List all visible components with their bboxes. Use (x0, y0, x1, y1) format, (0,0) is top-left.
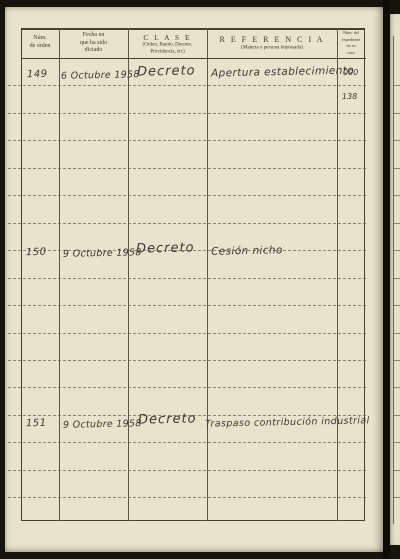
header-text: expediente (341, 38, 361, 43)
register-table-border (21, 28, 365, 521)
adjacent-page-rule-stub (394, 442, 400, 443)
header-subtitle: (Materia o persona interesada) (212, 45, 332, 51)
header-subtitle: Providencia, etc) (131, 49, 204, 55)
adjacent-page-rule-stub (394, 415, 400, 416)
header-text: Fecha en (59, 32, 128, 40)
adjacent-page-rule-stub (394, 470, 400, 471)
entry-date: 9 Octubre 1958 (63, 418, 142, 431)
row-rule-line (8, 305, 366, 306)
header-text: Núm. (21, 35, 59, 43)
entry-number: 149 (27, 69, 48, 80)
adjacent-page-rule-stub (394, 250, 400, 251)
row-rule-line (8, 140, 366, 141)
adjacent-page-rule-stub (394, 223, 400, 224)
adjacent-page-rule-stub (394, 168, 400, 169)
column-header-referencia: R E F E R E N C I A (Materia o persona i… (207, 35, 337, 52)
adjacent-page-rule-stub (394, 333, 400, 334)
adjacent-page-rule-stub (394, 195, 400, 196)
row-rule-line (8, 168, 366, 169)
header-text: dictado (59, 47, 128, 55)
header-text: de orden (21, 43, 59, 51)
header-subtitle: (Orden, Bando, Decreto, (131, 42, 204, 48)
adjacent-page-rule-stub (394, 305, 400, 306)
entry-expediente-2: 138 (342, 92, 357, 101)
header-text: caso (341, 51, 361, 56)
entry-class: Decreto (138, 411, 197, 427)
row-rule-line (8, 195, 366, 196)
entry-date: 6 Octubre 1958 (61, 69, 140, 82)
row-rule-line (8, 360, 366, 361)
adjacent-page-rule-stub (394, 387, 400, 388)
row-rule-line (8, 333, 366, 334)
column-header-clase: C L A S E (Orden, Bando, Decreto, Provid… (128, 33, 207, 56)
scanned-ledger-page: Núm. de orden Fecha en que ha sido dicta… (0, 0, 400, 559)
adjacent-page-rule-stub (394, 278, 400, 279)
row-rule-line (8, 278, 366, 279)
row-rule-line (8, 85, 366, 86)
adjacent-page-rule-stub (394, 113, 400, 114)
adjacent-page-rule-stub (394, 85, 400, 86)
header-title: C L A S E (128, 33, 207, 42)
header-text: en su (341, 44, 361, 49)
row-rule-line (8, 470, 366, 471)
adjacent-page-rule-stub (394, 360, 400, 361)
column-divider-4 (337, 28, 338, 521)
row-rule-line (8, 442, 366, 443)
entry-reference: Cesión nicho (211, 244, 283, 258)
column-header-expediente: Núm. del expediente en su caso (337, 31, 365, 57)
row-rule-line (8, 113, 366, 114)
entry-number: 151 (26, 418, 47, 429)
entry-expediente: 000 (343, 68, 358, 77)
entry-class: Decreto (136, 240, 195, 256)
row-rule-line (8, 497, 366, 498)
row-rule-line (8, 387, 366, 388)
header-title: R E F E R E N C I A (207, 35, 337, 45)
entry-class: Decreto (137, 63, 196, 79)
column-divider-3 (207, 28, 208, 521)
adjacent-page-edge (390, 14, 400, 545)
adjacent-page-rule-stub (394, 497, 400, 498)
adjacent-page-border-line (393, 36, 394, 524)
entry-date: 9 Octubre 1958 (63, 247, 142, 260)
header-text: que ha sido (59, 40, 128, 48)
header-text: Núm. del (341, 31, 361, 36)
column-divider-1 (59, 28, 60, 521)
adjacent-page-rule-stub (394, 140, 400, 141)
entry-number: 150 (26, 247, 47, 258)
row-rule-line (8, 223, 366, 224)
header-separator-line (21, 58, 366, 59)
book-gutter-shadow (383, 0, 390, 559)
column-divider-2 (128, 28, 129, 521)
column-header-num-orden: Núm. de orden (21, 35, 59, 50)
column-header-fecha: Fecha en que ha sido dictado (59, 32, 128, 55)
